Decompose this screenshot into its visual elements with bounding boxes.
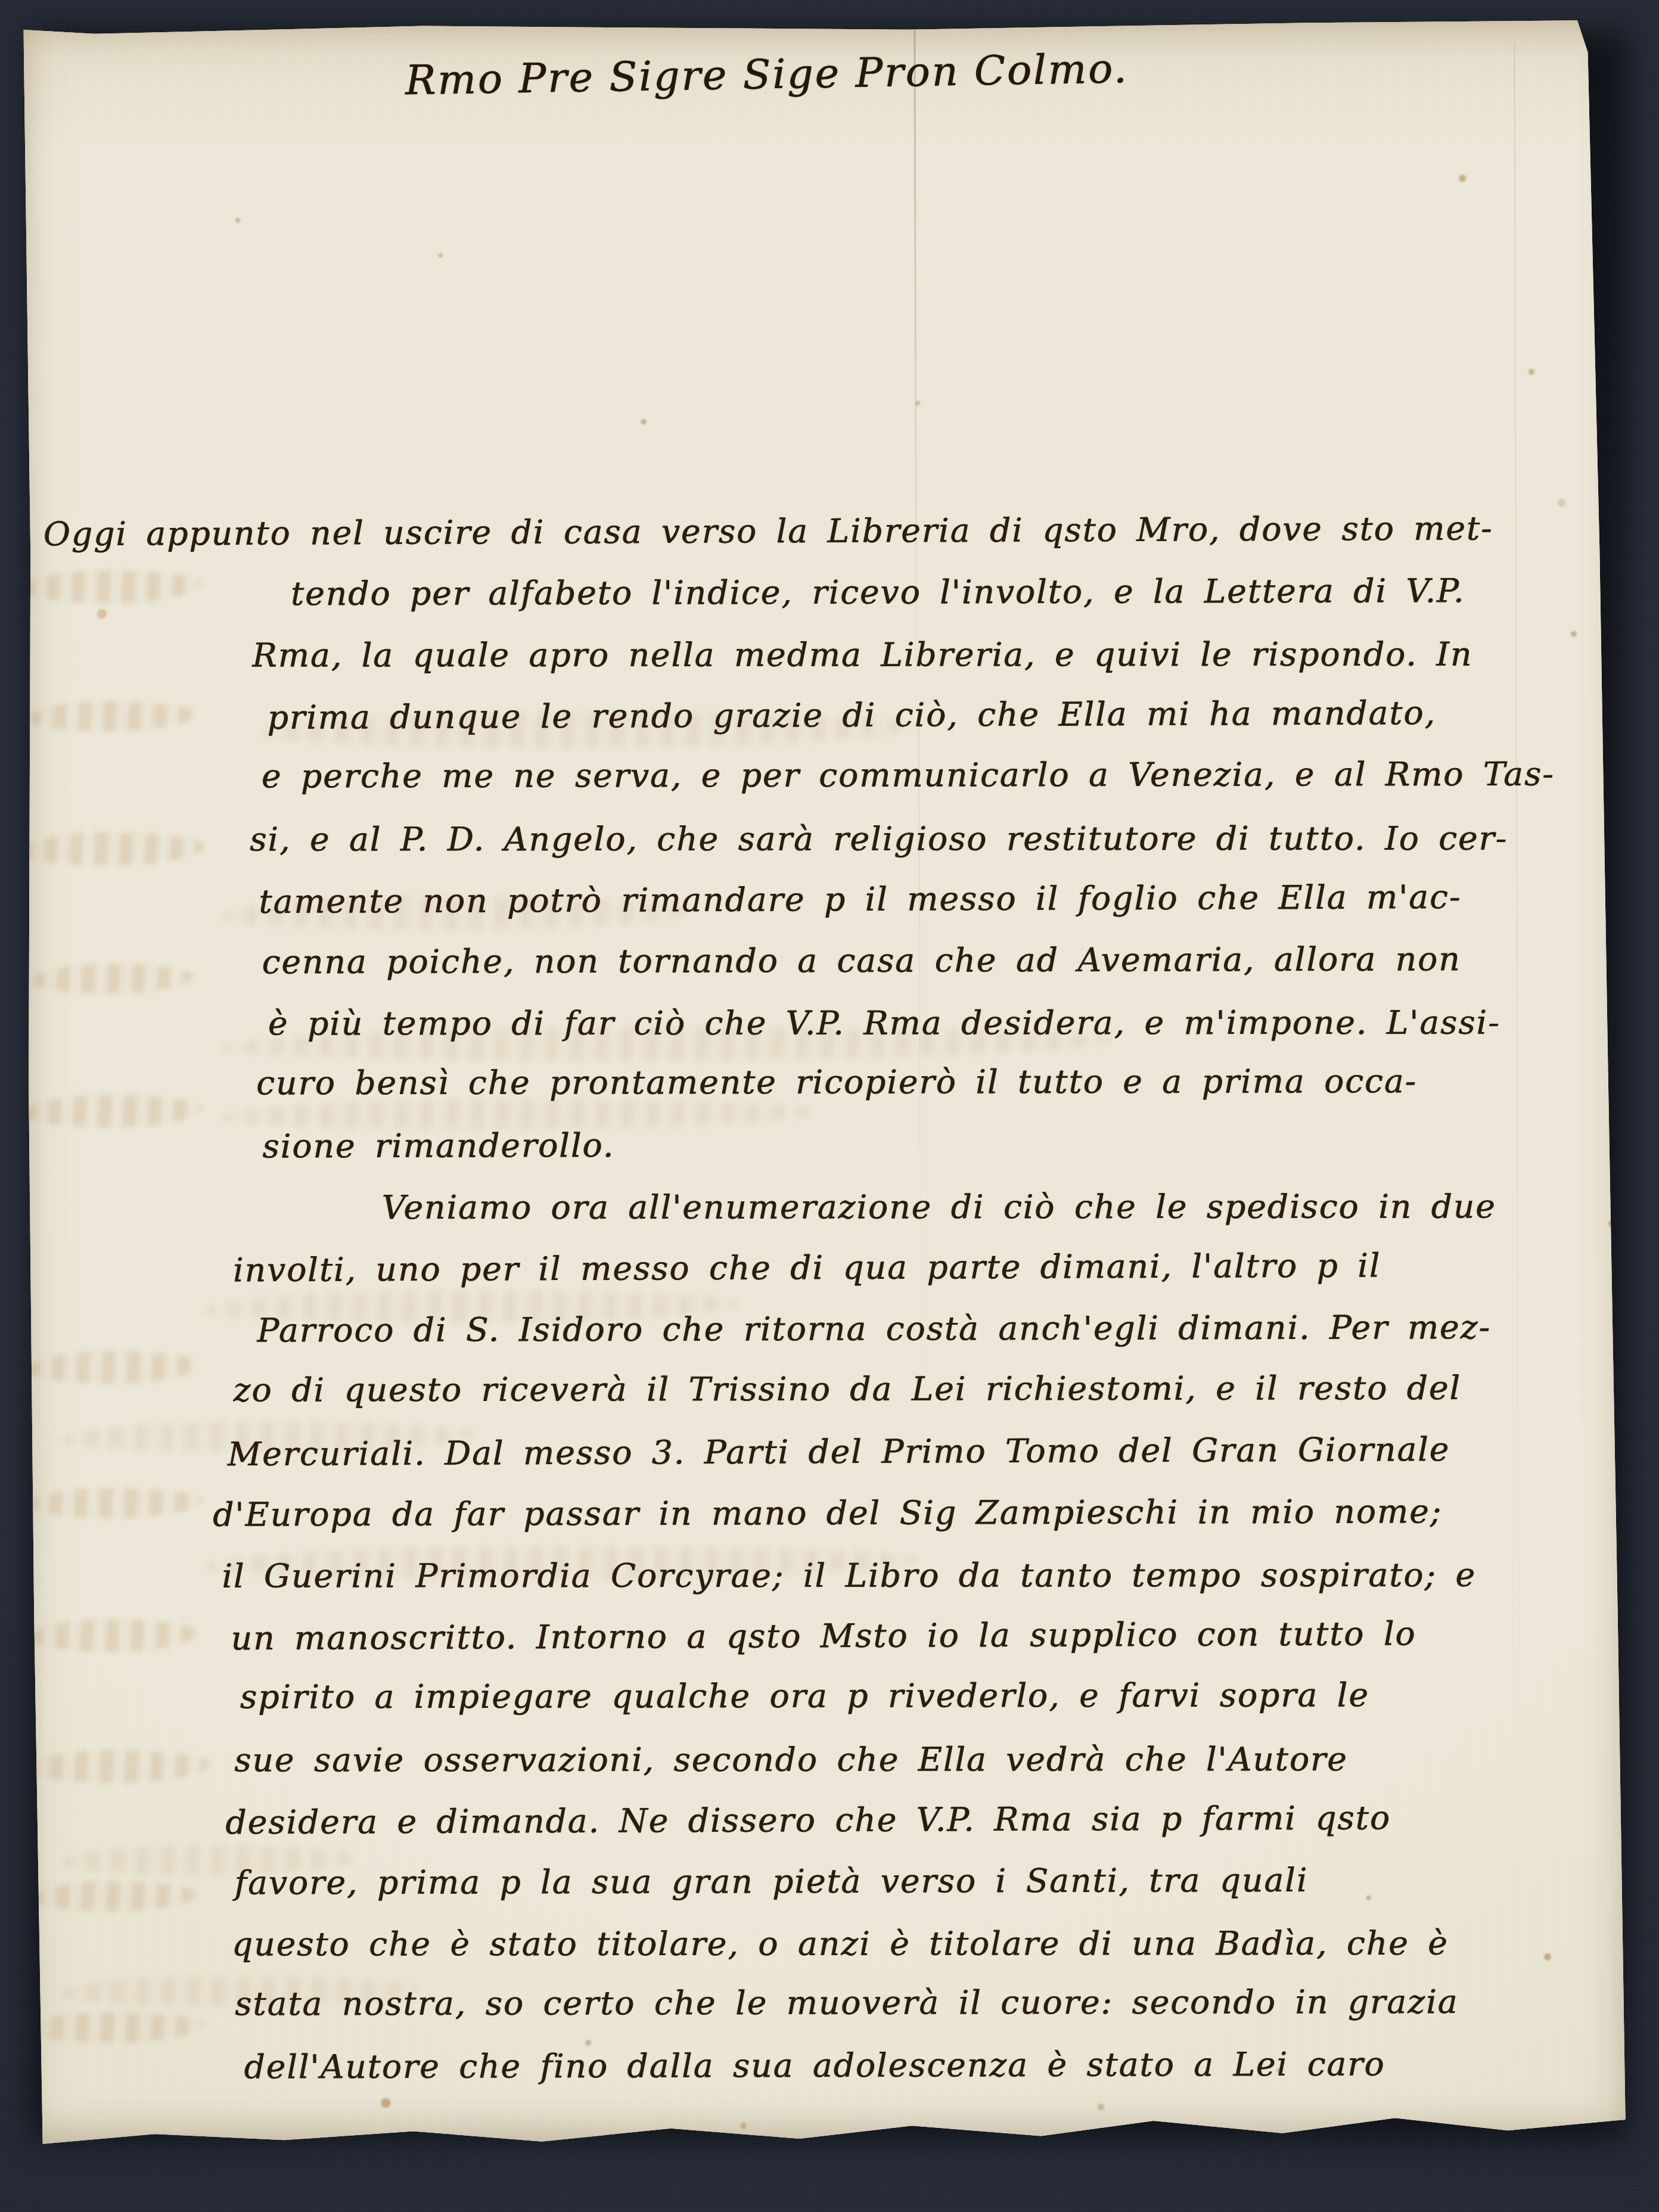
letter-page: Rmo Pre Sigre Sige Pron Colmo. Oggi appu… <box>21 18 1636 2145</box>
photograph-of-letter: Rmo Pre Sigre Sige Pron Colmo. Oggi appu… <box>0 0 1659 2212</box>
letter-line: questo che è stato titolare, o anzi è ti… <box>232 1913 1601 1975</box>
letter-line: curo bensì che prontamente ricopierò il … <box>256 1051 1598 1114</box>
letter-line: involti, uno per il messo che di qua par… <box>233 1234 1599 1301</box>
foxing-spots <box>21 23 24 26</box>
letter-line: d'Europa da far passar in mano del Sig Z… <box>213 1481 1599 1546</box>
letter-line: e perche me ne serva, e per communicarlo… <box>262 744 1598 807</box>
letter-line: Rma, la quale apro nella medma Libreria,… <box>252 624 1597 686</box>
letter-line: sue savie osservazioni, secondo che Ella… <box>234 1729 1600 1791</box>
letter-line: Mercuriali. Dal messo 3. Parti del Primo… <box>227 1418 1599 1485</box>
letter-line: Veniamo ora all'enumerazione di ciò che … <box>382 1176 1599 1238</box>
letter-line: desidera e dimanda. Ne dissero che V.P. … <box>225 1787 1600 1853</box>
letter-line: sione rimanderollo. <box>262 1113 1598 1178</box>
letter-line: dell'Autore che fino dalla sua adolescen… <box>244 2033 1601 2098</box>
letter-line: stata nostra, so certo che le muoverà il… <box>235 1971 1601 2035</box>
letter-line: tendo per alfabeto l'indice, ricevo l'in… <box>291 560 1597 625</box>
letter-line: spirito a impiegare qualche ora p rivede… <box>240 1664 1600 1728</box>
letter-line: prima dunque le rendo grazie di ciò, che… <box>267 682 1597 748</box>
letter-line: tamente non potrò rimandare p il messo i… <box>259 866 1598 933</box>
letter-salutation: Rmo Pre Sigre Sige Pron Colmo. <box>21 38 1572 112</box>
letter-line: un manoscritto. Intorno a qsto Msto io l… <box>231 1602 1599 1669</box>
letter-line: è più tempo di far ciò che V.P. Rma desi… <box>268 992 1598 1055</box>
letter-line: favore, prima p la sua gran pietà verso … <box>234 1849 1600 1914</box>
letter-line: zo di questo riceverà il Trissino da Lei… <box>233 1357 1599 1421</box>
letter-line: cenna poiche, non tornando a casa che ad… <box>262 928 1598 993</box>
letter-line: Parroco di S. Isidoro che ritorna costà … <box>257 1297 1599 1362</box>
letter-line: si, e al P. D. Angelo, che sarà religios… <box>250 808 1598 871</box>
letter-line: il Guerini Primordia Corcyrae; il Libro … <box>222 1545 1599 1607</box>
letter-body: Oggi appunto nel uscire di casa verso la… <box>22 499 1601 2099</box>
letter-line: Oggi appunto nel uscire di casa verso la… <box>43 498 1596 565</box>
